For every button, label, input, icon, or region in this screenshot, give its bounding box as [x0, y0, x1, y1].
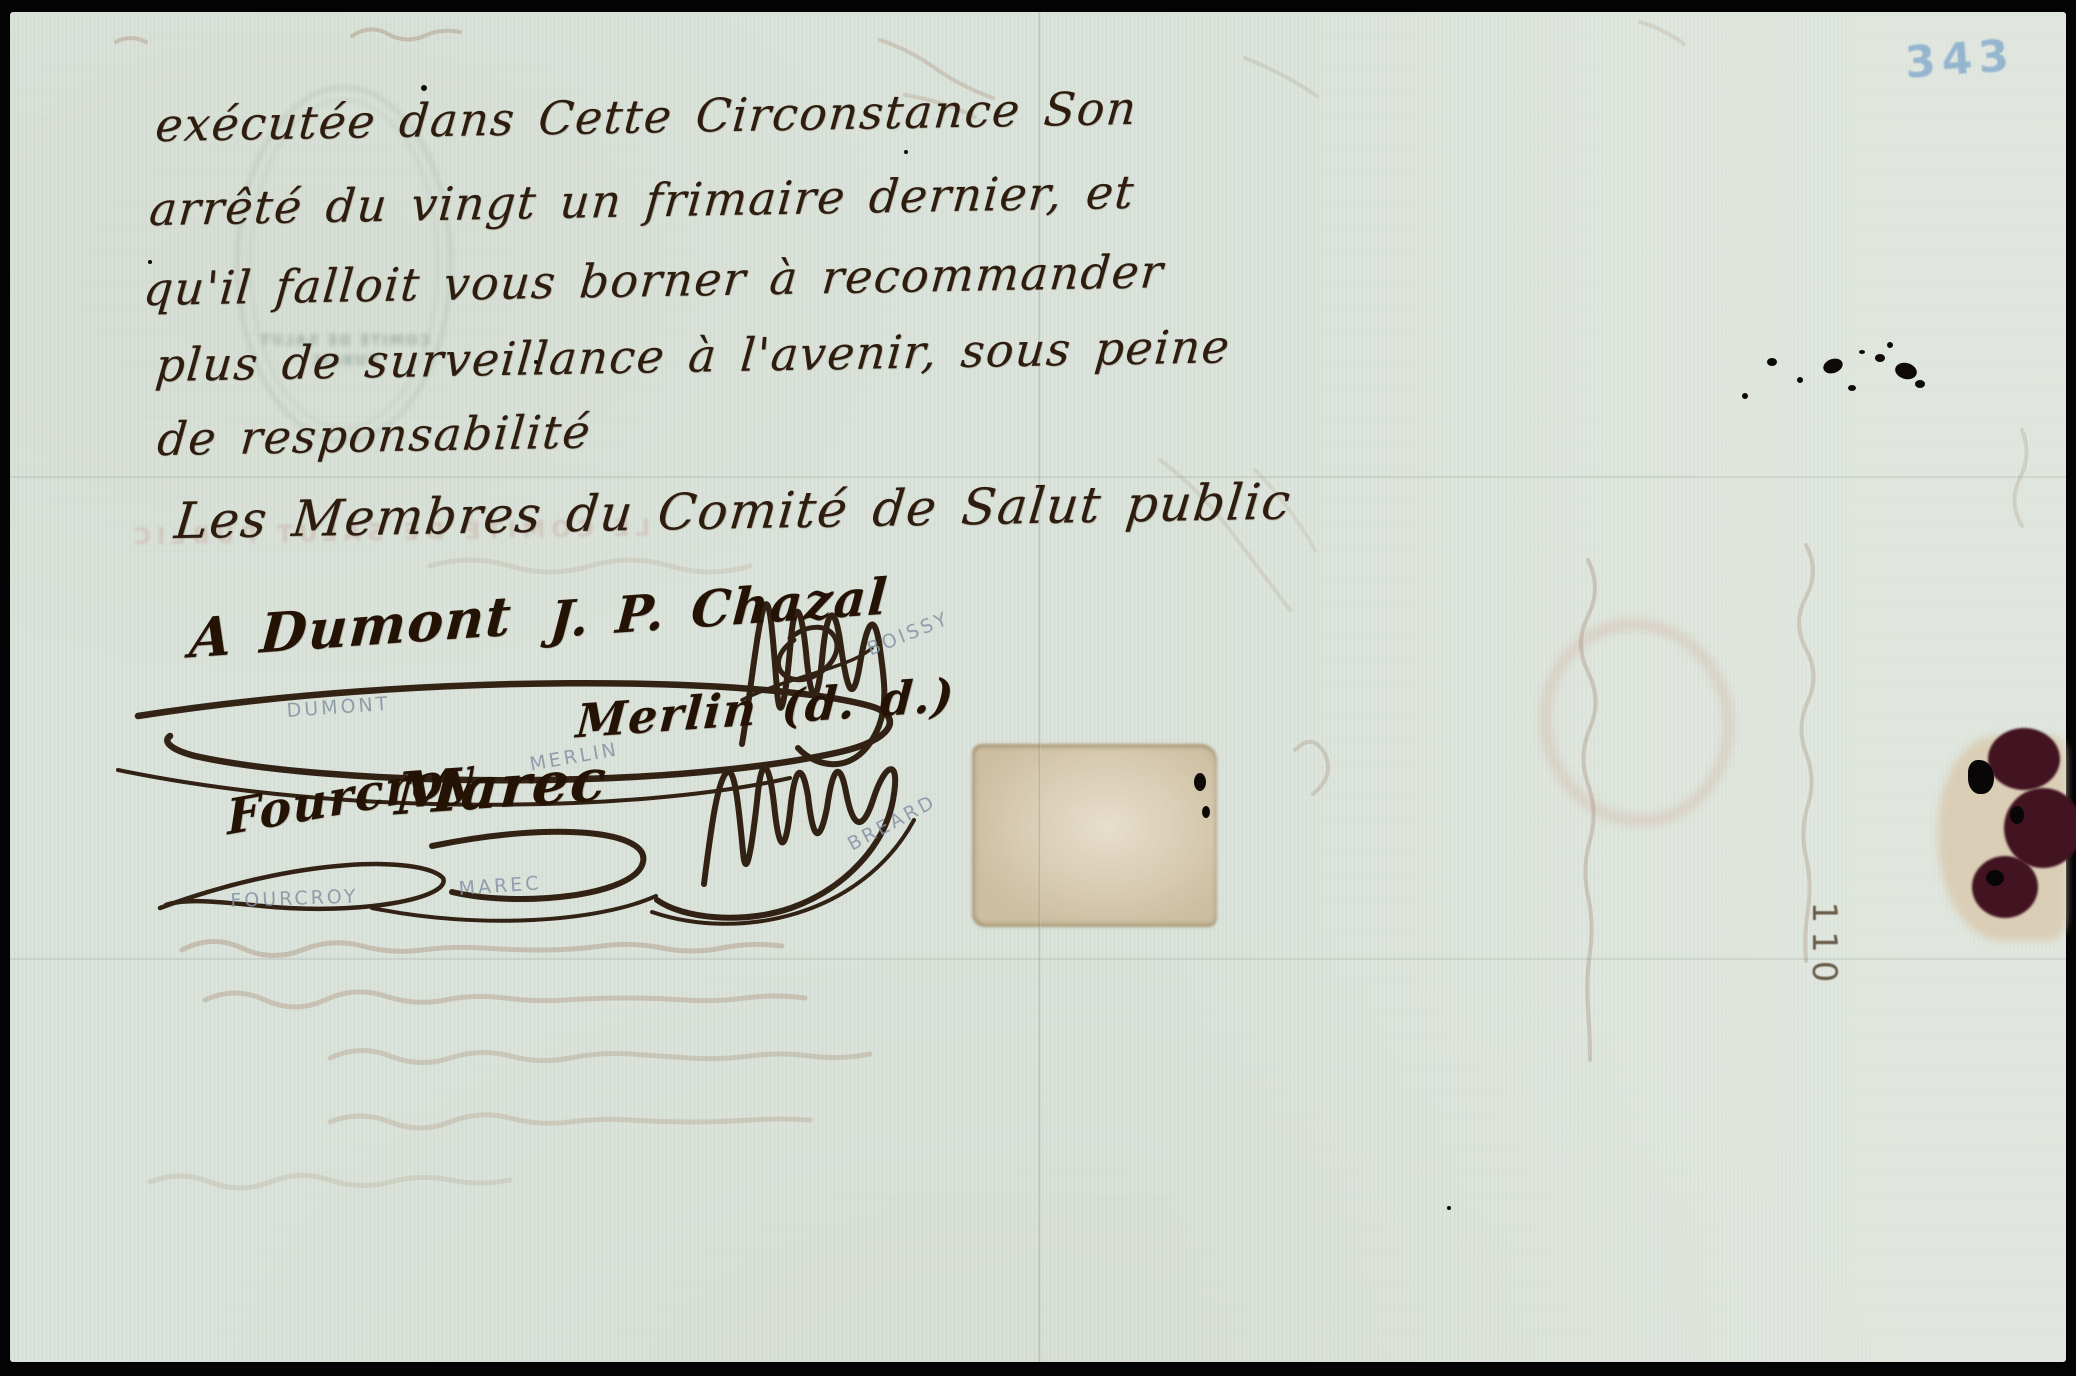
wax-seal-blob-top [1988, 728, 2060, 790]
seal-black-speck-2 [2010, 806, 2024, 824]
wax-seal-blob-middle [2004, 788, 2076, 868]
body-line-5: de responsabilité [155, 404, 593, 466]
seal-black-speck-1 [1968, 760, 1994, 794]
pencil-label-fourcroy: FOURCROY [230, 886, 359, 912]
horizontal-fold-crease-lower [10, 958, 2066, 960]
archive-number-blue: 343 [1903, 30, 2016, 89]
seal-black-speck-3 [1986, 870, 2004, 886]
wafer-stain [972, 744, 1217, 927]
wax-seal-blob-bottom [1972, 856, 2038, 918]
folio-number-vertical: 110 [1804, 896, 1844, 996]
scan-background: { "scan": { "archive_page_number": "343"… [0, 0, 2076, 1376]
